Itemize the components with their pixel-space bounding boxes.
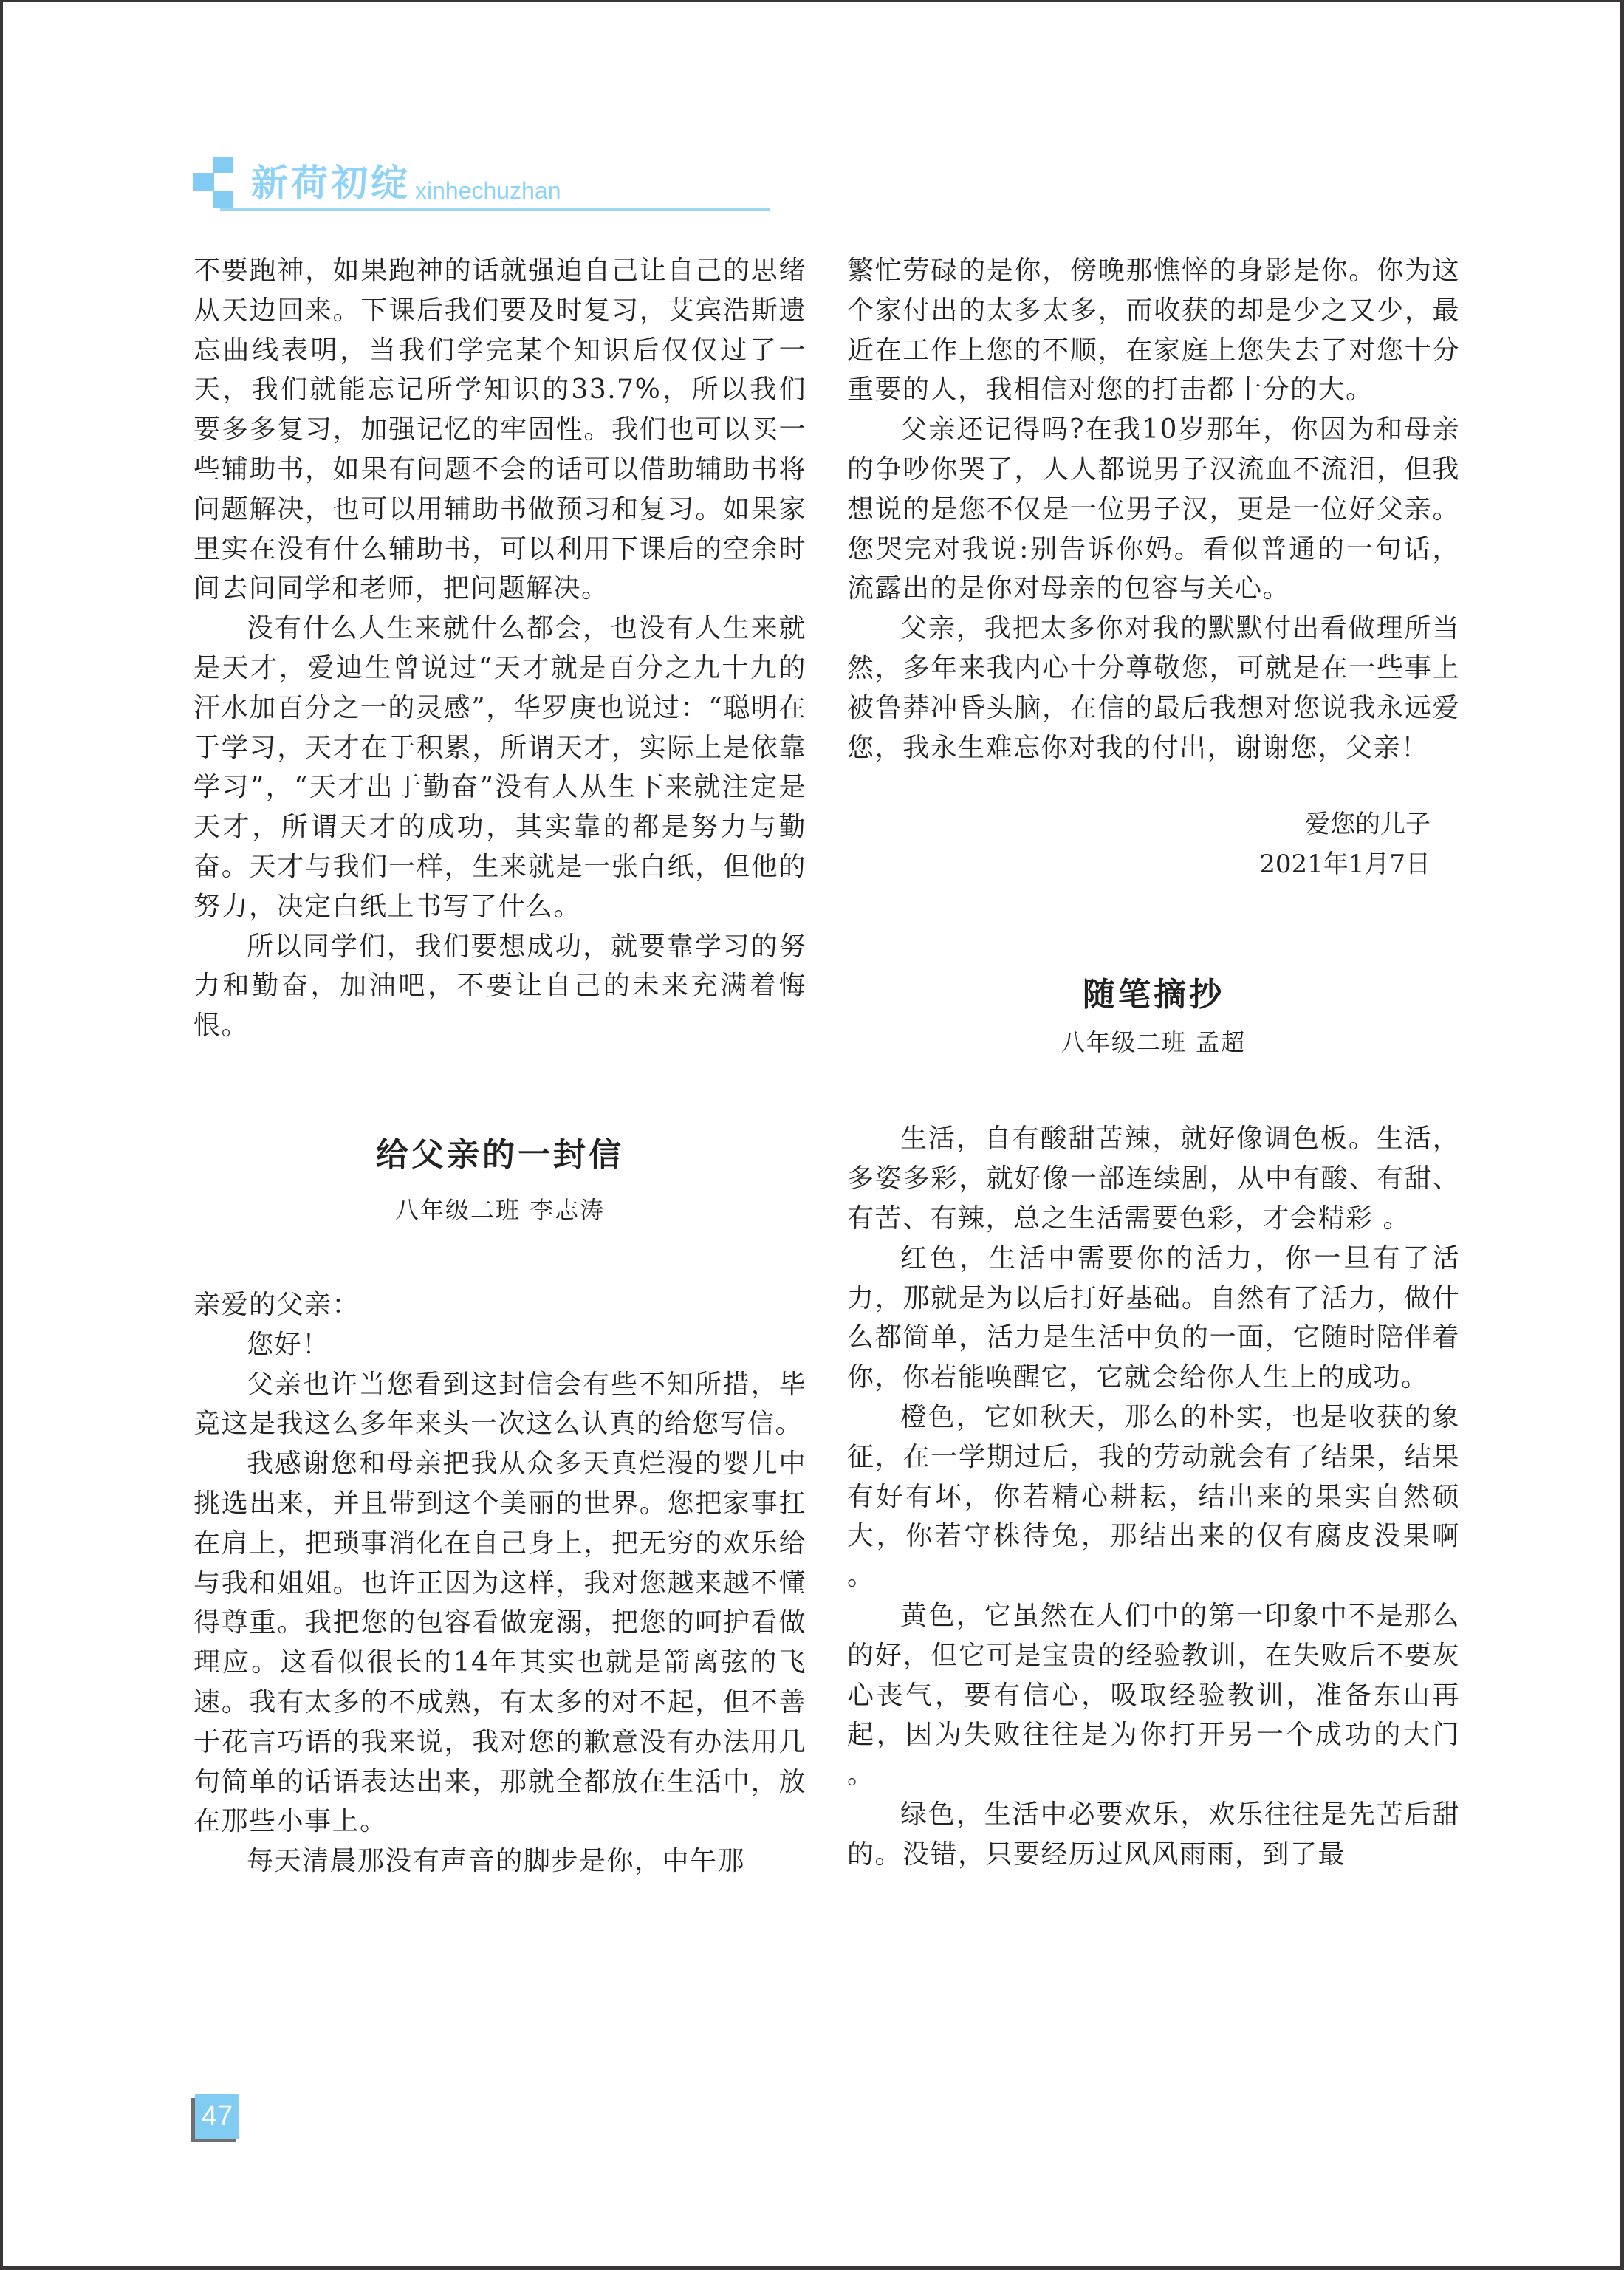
spacer xyxy=(193,1177,806,1192)
letter-greeting: 您好！ xyxy=(193,1325,806,1365)
paragraph: 父亲，我把太多你对我的默默付出看做理所当然，多年来我内心十分尊敬您，可就是在一些… xyxy=(847,609,1460,768)
essay-article-title: 随笔摘抄 xyxy=(847,973,1460,1017)
paragraph: 我感谢您和母亲把我从众多天真烂漫的婴儿中挑选出来，并且带到这个美丽的世界。您把家… xyxy=(193,1444,806,1842)
right-column: 繁忙劳碌的是你，傍晚那憔悴的身影是你。你为这个家付出的太多太多，而收获的却是少之… xyxy=(847,251,1460,1875)
paragraph: 绿色，生活中必要欢乐，欢乐往往是先苦后甜的。没错，只要经历过风风雨雨，到了最 xyxy=(847,1795,1460,1875)
letter-salutation: 亲爱的父亲： xyxy=(193,1285,806,1325)
essay-article-byline: 八年级二班 孟超 xyxy=(847,1025,1460,1060)
letter-article-byline: 八年级二班 李志涛 xyxy=(193,1192,806,1228)
left-column: 不要跑神，如果跑神的话就强迫自己让自己的思绪从天边回来。下课后我们要及时复习，艾… xyxy=(193,251,806,1881)
section-title-pinyin: xinhechuzhan xyxy=(415,176,561,205)
continued-paragraph: 不要跑神，如果跑神的话就强迫自己让自己的思绪从天边回来。下课后我们要及时复习，艾… xyxy=(193,251,806,609)
paragraph: 没有什么人生来就什么都会，也没有人生来就是天才，爱迪生曾说过“天才就是百分之九十… xyxy=(193,609,806,926)
page-number: 47 xyxy=(195,2094,239,2139)
letter-article-title: 给父亲的一封信 xyxy=(193,1133,806,1177)
paragraph: 所以同学们，我们要想成功，就要靠学习的努力和勤奋，加油吧，不要让自己的未来充满着… xyxy=(193,927,806,1046)
spacer xyxy=(193,1228,806,1285)
paragraph: 红色，生活中需要你的活力，你一旦有了活力，那就是为以后打好基础。自然有了活力，做… xyxy=(847,1239,1460,1398)
paragraph: 父亲也许当您看到这封信会有些不知所措，毕竟这是我这么多年来头一次这么认真的给您写… xyxy=(193,1365,806,1445)
paragraph: 生活，自有酸甜苦辣，就好像调色板。生活，多姿多彩，就好像一部连续剧，从中有酸、有… xyxy=(847,1119,1460,1238)
section-header: 新荷初绽 xinhechuzhan xyxy=(193,157,799,216)
paragraph: 每天清晨那没有声音的脚步是你，中午那 xyxy=(193,1842,806,1881)
paragraph: 父亲还记得吗?在我10岁那年，你因为和母亲的争吵你哭了，人人都说男子汉流血不流泪… xyxy=(847,410,1460,609)
header-divider xyxy=(220,208,770,211)
spacer xyxy=(847,768,1460,804)
continued-paragraph: 繁忙劳碌的是你，傍晚那憔悴的身影是你。你为这个家付出的太多太多，而收获的却是少之… xyxy=(847,251,1460,410)
paragraph: 黄色，它虽然在人们中的第一印象中不是那么的好，但它可是宝贵的经验教训，在失败后不… xyxy=(847,1596,1460,1795)
spacer xyxy=(193,1046,806,1133)
header-logo-icon xyxy=(193,157,235,208)
letter-date: 2021年1月7日 xyxy=(847,844,1460,884)
paragraph: 橙色，它如秋天，那么的朴实，也是收获的象征，在一学期过后，我的劳动就会有了结果，… xyxy=(847,1398,1460,1596)
letter-signature: 爱您的儿子 xyxy=(847,804,1460,844)
spacer xyxy=(847,1060,1460,1119)
spacer xyxy=(847,1017,1460,1025)
spacer xyxy=(847,884,1460,973)
section-title: 新荷初绽 xyxy=(251,161,411,205)
